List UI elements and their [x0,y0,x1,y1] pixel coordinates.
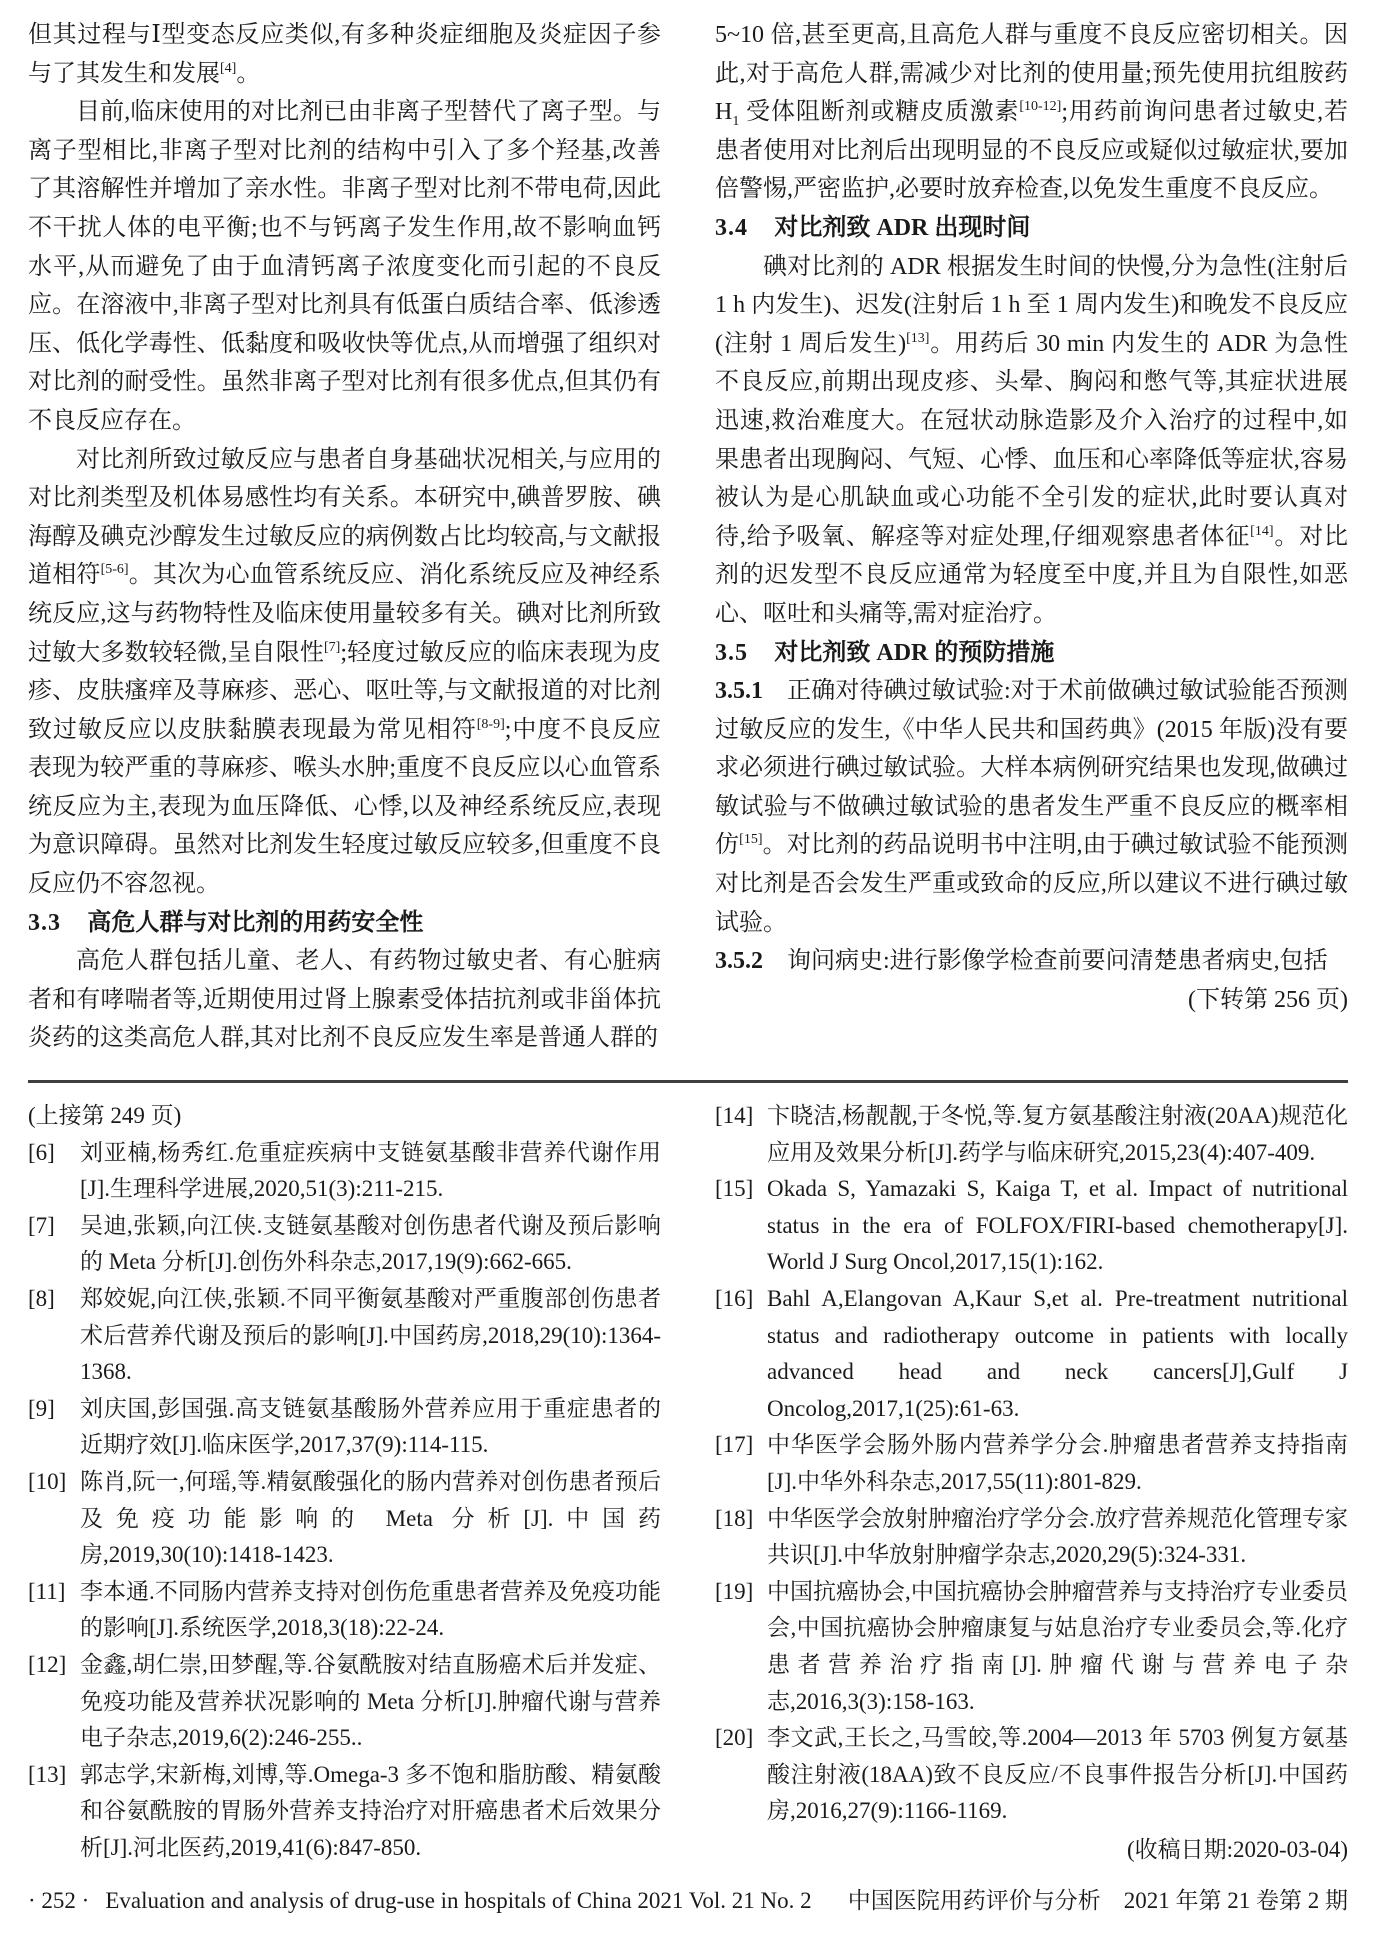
reference-number: [18] [715,1501,767,1574]
reference-text: 刘庆国,彭国强.高支链氨基酸肠外营养应用于重症患者的近期疗效[J].临床医学,2… [80,1391,661,1464]
paragraph-3-5-1: 3.5.1 正确对待碘过敏试验:对于术前做碘过敏试验能否预测过敏反应的发生,《中… [715,672,1348,942]
reference-item: [17] 中华医学会肠外肠内营养学分会.肿瘤患者营养支持指南[J].中华外科杂志… [715,1427,1348,1500]
reference-text: 郭志学,宋新梅,刘博,等.Omega-3 多不饱和脂肪酸、精氨酸和谷氨酰胺的胃肠… [80,1757,661,1867]
reference-item: [20] 李文武,王长之,马雪皎,等.2004—2013 年 5703 例复方氨… [715,1720,1348,1830]
section-number: 3.4 [715,215,748,241]
body-right-column: 5~10 倍,甚至更高,且高危人群与重度不良反应密切相关。因此,对于高危人群,需… [715,16,1348,1060]
reference-number: [16] [715,1281,767,1427]
continued-from-note: (上接第 249 页) [28,1098,661,1135]
reference-text: Bahl A,Elangovan A,Kaur S,et al. Pre-tre… [767,1281,1348,1427]
reference-text: 刘亚楠,杨秀红.危重症疾病中支链氨基酸非营养代谢作用[J].生理科学进展,202… [80,1135,661,1208]
journal-title-cn: 中国医院用药评价与分析 2021 年第 21 卷第 2 期 [848,1886,1348,1916]
reference-item: [14] 卞晓洁,杨靓靓,于冬悦,等.复方氨基酸注射液(20AA)规范化应用及效… [715,1098,1348,1171]
reference-number: [11] [28,1574,80,1647]
reference-text: 中华医学会放射肿瘤治疗学分会.放疗营养规范化管理专家共识[J].中华放射肿瘤学杂… [767,1501,1348,1574]
reference-text: 中华医学会肠外肠内营养学分会.肿瘤患者营养支持指南[J].中华外科杂志,2017… [767,1427,1348,1500]
journal-page: 但其过程与Ⅰ型变态反应类似,有多种炎症细胞及炎症因子参与了其发生和发展[4]。 … [0,0,1375,1940]
paragraph-continued: 但其过程与Ⅰ型变态反应类似,有多种炎症细胞及炎症因子参与了其发生和发展[4]。 [28,16,661,93]
reference-item: [9] 刘庆国,彭国强.高支链氨基酸肠外营养应用于重症患者的近期疗效[J].临床… [28,1391,661,1464]
divider-rule [28,1080,1348,1083]
reference-item: [8] 郑姣妮,向江侠,张颖.不同平衡氨基酸对严重腹部创伤患者术后营养代谢及预后… [28,1281,661,1391]
section-title: 对比剂致 ADR 出现时间 [774,215,1030,241]
reference-text: 金鑫,胡仁崇,田梦醒,等.谷氨酰胺对结直肠癌术后并发症、免疫功能及营养状况影响的… [80,1647,661,1757]
section-heading-3-3: 3.3高危人群与对比剂的用药安全性 [28,904,661,943]
reference-number: [14] [715,1098,767,1171]
paragraph: 碘对比剂的 ADR 根据发生时间的快慢,分为急性(注射后 1 h 内发生)、迟发… [715,248,1348,634]
reference-number: [17] [715,1427,767,1500]
reference-item: [10] 陈肖,阮一,何瑶,等.精氨酸强化的肠内营养对创伤患者预后及免疫功能影响… [28,1464,661,1574]
page-number: · 252 · [28,1888,89,1913]
article-body: 但其过程与Ⅰ型变态反应类似,有多种炎症细胞及炎症因子参与了其发生和发展[4]。 … [28,16,1348,1060]
journal-title-en: Evaluation and analysis of drug-use in h… [105,1888,811,1913]
reference-text: 陈肖,阮一,何瑶,等.精氨酸强化的肠内营养对创伤患者预后及免疫功能影响的 Met… [80,1464,661,1574]
reference-number: [9] [28,1391,80,1464]
reference-item: [15] Okada S, Yamazaki S, Kaiga T, et al… [715,1171,1348,1281]
reference-number: [13] [28,1757,80,1867]
reference-number: [20] [715,1720,767,1830]
reference-number: [12] [28,1647,80,1757]
reference-text: 郑姣妮,向江侠,张颖.不同平衡氨基酸对严重腹部创伤患者术后营养代谢及预后的影响[… [80,1281,661,1391]
section-number: 3.3 [28,910,61,936]
reference-item: [13] 郭志学,宋新梅,刘博,等.Omega-3 多不饱和脂肪酸、精氨酸和谷氨… [28,1757,661,1867]
reference-number: [19] [715,1574,767,1720]
reference-text: 李本通.不同肠内营养支持对创伤危重患者营养及免疫功能的影响[J].系统医学,20… [80,1574,661,1647]
reference-number: [8] [28,1281,80,1391]
reference-number: [6] [28,1135,80,1208]
reference-item: [12] 金鑫,胡仁崇,田梦醒,等.谷氨酰胺对结直肠癌术后并发症、免疫功能及营养… [28,1647,661,1757]
reference-number: [7] [28,1208,80,1281]
section-heading-3-4: 3.4对比剂致 ADR 出现时间 [715,209,1348,248]
body-left-column: 但其过程与Ⅰ型变态反应类似,有多种炎症细胞及炎症因子参与了其发生和发展[4]。 … [28,16,661,1060]
paragraph: 高危人群包括儿童、老人、有药物过敏史者、有心脏病者和有哮喘者等,近期使用过肾上腺… [28,942,661,1058]
reference-text: 卞晓洁,杨靓靓,于冬悦,等.复方氨基酸注射液(20AA)规范化应用及效果分析[J… [767,1098,1348,1171]
section-title: 对比剂致 ADR 的预防措施 [774,640,1054,666]
reference-text: 吴迪,张颖,向江侠.支链氨基酸对创伤患者代谢及预后影响的 Meta 分析[J].… [80,1208,661,1281]
reference-item: [7] 吴迪,张颖,向江侠.支链氨基酸对创伤患者代谢及预后影响的 Meta 分析… [28,1208,661,1281]
paragraph-continued: 5~10 倍,甚至更高,且高危人群与重度不良反应密切相关。因此,对于高危人群,需… [715,16,1348,209]
received-date-note: (收稿日期:2020-03-04) [715,1832,1348,1869]
reference-item: [19] 中国抗癌协会,中国抗癌协会肿瘤营养与支持治疗专业委员会,中国抗癌协会肿… [715,1574,1348,1720]
references-section: (上接第 249 页) [6] 刘亚楠,杨秀红.危重症疾病中支链氨基酸非营养代谢… [28,1098,1348,1868]
section-heading-3-5: 3.5对比剂致 ADR 的预防措施 [715,634,1348,673]
section-number: 3.5 [715,640,748,666]
reference-item: [16] Bahl A,Elangovan A,Kaur S,et al. Pr… [715,1281,1348,1427]
continued-on-page-note: (下转第 256 页) [715,981,1348,1020]
page-footer: · 252 ·Evaluation and analysis of drug-u… [28,1886,1348,1916]
reference-item: [6] 刘亚楠,杨秀红.危重症疾病中支链氨基酸非营养代谢作用[J].生理科学进展… [28,1135,661,1208]
footer-left: · 252 ·Evaluation and analysis of drug-u… [28,1886,812,1916]
reference-item: [18] 中华医学会放射肿瘤治疗学分会.放疗营养规范化管理专家共识[J].中华放… [715,1501,1348,1574]
reference-item: [11] 李本通.不同肠内营养支持对创伤危重患者营养及免疫功能的影响[J].系统… [28,1574,661,1647]
references-left-column: (上接第 249 页) [6] 刘亚楠,杨秀红.危重症疾病中支链氨基酸非营养代谢… [28,1098,661,1868]
reference-number: [10] [28,1464,80,1574]
references-right-column: [14] 卞晓洁,杨靓靓,于冬悦,等.复方氨基酸注射液(20AA)规范化应用及效… [715,1098,1348,1868]
reference-text: 李文武,王长之,马雪皎,等.2004—2013 年 5703 例复方氨基酸注射液… [767,1720,1348,1830]
reference-text: 中国抗癌协会,中国抗癌协会肿瘤营养与支持治疗专业委员会,中国抗癌协会肿瘤康复与姑… [767,1574,1348,1720]
reference-number: [15] [715,1171,767,1281]
reference-text: Okada S, Yamazaki S, Kaiga T, et al. Imp… [767,1171,1348,1281]
paragraph: 目前,临床使用的对比剂已由非离子型替代了离子型。与离子型相比,非离子型对比剂的结… [28,93,661,440]
section-title: 高危人群与对比剂的用药安全性 [87,910,423,936]
paragraph-3-5-2: 3.5.2 询问病史:进行影像学检查前要问清楚患者病史,包括 [715,942,1348,981]
paragraph: 对比剂所致过敏反应与患者自身基础状况相关,与应用的对比剂类型及机体易感性均有关系… [28,441,661,904]
